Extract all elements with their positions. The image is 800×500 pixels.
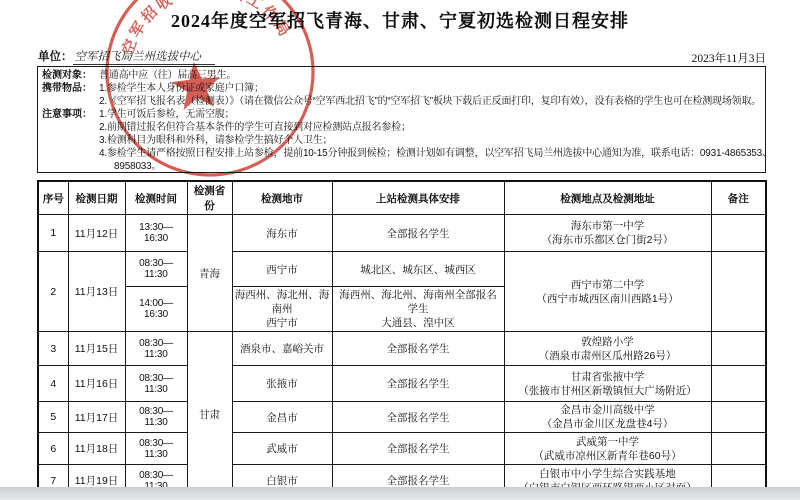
note-text: 2.《空军招飞报名表（检测表）》（请在微信公众号“空军西北招飞”的“空军招飞”板… bbox=[99, 95, 761, 108]
schedule-table: 序号 检测日期 检测时间 检测省份 检测地市 上站检测具体安排 检测地点及检测地… bbox=[37, 180, 767, 499]
location-cell: 敦煌路小学 （酒泉市肃州区瓜州路26号） bbox=[504, 332, 711, 366]
site-address: （海东市乐都区仓门街2号） bbox=[507, 233, 709, 247]
table-row: 1 11月12日 13:30—16:30 青海 海东市 全部报名学生 海东市第一… bbox=[38, 215, 766, 252]
remark-cell bbox=[711, 402, 766, 433]
column-header-seq: 序号 bbox=[38, 181, 68, 215]
table-row: 5 11月17日 08:30—11:30 金昌市 全部报名学生 金昌市金川高级中… bbox=[38, 402, 766, 433]
note-line: 8958033。 bbox=[42, 160, 765, 173]
note-label bbox=[42, 160, 99, 173]
note-line: 2.前期错过报名但符合基本条件的学生可直接到对应检测站点报名参检； bbox=[42, 121, 765, 134]
time-cell: 08:30—11:30 bbox=[125, 402, 187, 433]
note-label bbox=[42, 121, 99, 134]
city-cell: 西宁市 bbox=[232, 252, 332, 287]
remark-cell bbox=[711, 252, 766, 332]
remark-cell bbox=[711, 366, 766, 402]
table-row: 2 11月13日 08:30—11:30 西宁市 城北区、城东区、城西区 西宁市… bbox=[38, 252, 766, 287]
arrangement-cell: 全部报名学生 bbox=[332, 332, 504, 366]
note-label bbox=[42, 147, 99, 160]
table-row: 3 11月15日 08:30—11:30 甘肃 酒泉市、嘉峪关市 全部报名学生 … bbox=[38, 332, 766, 366]
seq-cell: 5 bbox=[38, 402, 68, 433]
note-line: 2.《空军招飞报名表（检测表）》（请在微信公众号“空军西北招飞”的“空军招飞”板… bbox=[42, 95, 765, 108]
note-text: 3.检测科目为眼科和外科，请参检学生搞好个人卫生； bbox=[99, 134, 332, 147]
unit-label: 单位： bbox=[38, 51, 73, 63]
date-cell: 11月13日 bbox=[68, 252, 125, 332]
site-name: 白银市中小学生综合实践基地 bbox=[507, 467, 709, 481]
table-row: 4 11月16日 08:30—11:30 张掖市 全部报名学生 甘肃省张掖中学 … bbox=[38, 366, 766, 402]
site-address: （酒泉市肃州区瓜州路26号） bbox=[507, 349, 709, 363]
city-cell: 武威市 bbox=[232, 433, 332, 465]
seq-cell: 2 bbox=[38, 252, 68, 332]
site-name: 武威第一中学 bbox=[507, 435, 709, 449]
site-address: （张掖市甘州区新墩镇恒大广场附近） bbox=[507, 384, 709, 398]
city-line: 海西州、海北州、海南州 bbox=[235, 288, 330, 316]
arrangement-line: 大通县、湟中区 bbox=[335, 316, 502, 330]
column-header-date: 检测日期 bbox=[68, 181, 125, 215]
arrangement-line: 海西州、海北州、海南州全部报名学生 bbox=[335, 288, 502, 316]
note-line: 3.检测科目为眼科和外科，请参检学生搞好个人卫生； bbox=[42, 134, 765, 147]
time-cell: 08:30—11:30 bbox=[125, 433, 187, 465]
seq-cell: 6 bbox=[38, 433, 68, 465]
note-label bbox=[42, 134, 99, 147]
column-header-arrangement: 上站检测具体安排 bbox=[332, 181, 504, 215]
document-page: 空军招收飞行学员工作局 2024年度空军招飞青海、甘肃、宁夏初选检测日程安排 单… bbox=[0, 0, 800, 500]
column-header-remark: 备注 bbox=[711, 181, 766, 215]
time-cell: 08:30—11:30 bbox=[125, 332, 187, 366]
city-cell: 酒泉市、嘉峪关市 bbox=[232, 332, 332, 366]
arrangement-cell: 全部报名学生 bbox=[332, 366, 504, 402]
note-line: 注意事项： 1.学生可饭后参检，无需空腹； bbox=[42, 108, 765, 121]
date-cell: 11月15日 bbox=[68, 332, 125, 366]
arrangement-cell: 海西州、海北州、海南州全部报名学生 大通县、湟中区 bbox=[332, 287, 504, 332]
document-date: 2023年11月3日 bbox=[692, 50, 766, 66]
note-label: 检测对象： bbox=[42, 69, 99, 82]
arrangement-cell: 全部报名学生 bbox=[332, 433, 504, 465]
arrangement-cell: 全部报名学生 bbox=[332, 215, 504, 252]
date-cell: 11月12日 bbox=[68, 215, 125, 252]
remark-cell bbox=[711, 215, 766, 252]
location-cell: 海东市第一中学 （海东市乐都区仓门街2号） bbox=[504, 215, 711, 252]
site-name: 海东市第一中学 bbox=[507, 219, 709, 233]
city-cell: 海西州、海北州、海南州 西宁市 bbox=[232, 287, 332, 332]
province-cell: 甘肃 bbox=[187, 332, 232, 498]
note-text: 普通高中应（往）届高三男生。 bbox=[99, 69, 236, 82]
time-cell: 08:30—11:30 bbox=[125, 252, 187, 287]
location-cell: 西宁市第二中学 （西宁市城西区南川西路1号） bbox=[504, 252, 711, 332]
date-cell: 11月16日 bbox=[68, 366, 125, 402]
column-header-city: 检测地市 bbox=[232, 181, 332, 215]
site-address: （金昌市金川区龙盘巷4号） bbox=[507, 417, 709, 431]
location-cell: 甘肃省张掖中学 （张掖市甘州区新墩镇恒大广场附近） bbox=[504, 366, 711, 402]
seq-cell: 3 bbox=[38, 332, 68, 366]
table-row: 6 11月18日 08:30—11:30 武威市 全部报名学生 武威第一中学 （… bbox=[38, 433, 766, 465]
note-text: 1.学生可饭后参检，无需空腹； bbox=[99, 108, 234, 121]
date-cell: 11月17日 bbox=[68, 402, 125, 433]
city-cell: 金昌市 bbox=[232, 402, 332, 433]
seq-cell: 1 bbox=[38, 215, 68, 252]
note-text: 2.前期错过报名但符合基本条件的学生可直接到对应检测站点报名参检； bbox=[99, 121, 411, 134]
unit-line: 单位：空军招飞局兰州选拔中心 bbox=[38, 48, 215, 64]
site-name: 西宁市第二中学 bbox=[507, 278, 709, 292]
site-address: （武威市凉州区新青年巷60号） bbox=[507, 449, 709, 463]
note-line: 4.参检学生请严格按照日程安排上站参检，提前10-15分钟报到候检；检测计划如有… bbox=[42, 147, 765, 160]
location-cell: 金昌市金川高级中学 （金昌市金川区龙盘巷4号） bbox=[504, 402, 711, 433]
note-label: 注意事项： bbox=[42, 108, 99, 121]
page-title: 2024年度空军招飞青海、甘肃、宁夏初选检测日程安排 bbox=[0, 7, 800, 33]
column-header-province: 检测省份 bbox=[187, 181, 232, 215]
city-cell: 张掖市 bbox=[232, 366, 332, 402]
seq-cell: 4 bbox=[38, 366, 68, 402]
note-label bbox=[42, 95, 99, 108]
note-text: 1.参检学生本人身份证或家庭户口簿； bbox=[99, 82, 264, 95]
arrangement-cell: 城北区、城东区、城西区 bbox=[332, 252, 504, 287]
unit-value: 空军招飞局兰州选拔中心 bbox=[73, 51, 216, 65]
time-cell: 14:00—16:30 bbox=[125, 287, 187, 332]
arrangement-cell: 全部报名学生 bbox=[332, 402, 504, 433]
city-cell: 海东市 bbox=[232, 215, 332, 252]
date-cell: 11月18日 bbox=[68, 433, 125, 465]
remark-cell bbox=[711, 332, 766, 366]
time-cell: 08:30—11:30 bbox=[125, 366, 187, 402]
site-name: 敦煌路小学 bbox=[507, 335, 709, 349]
time-cell: 13:30—16:30 bbox=[125, 215, 187, 252]
note-text: 8958033。 bbox=[99, 160, 161, 173]
note-text: 4.参检学生请严格按照日程安排上站参检，提前10-15分钟报到候检；检测计划如有… bbox=[99, 147, 766, 160]
column-header-location: 检测地点及检测地址 bbox=[504, 181, 711, 215]
table-header-row: 序号 检测日期 检测时间 检测省份 检测地市 上站检测具体安排 检测地点及检测地… bbox=[38, 181, 766, 215]
province-cell: 青海 bbox=[187, 215, 232, 332]
note-line: 携带物品： 1.参检学生本人身份证或家庭户口簿； bbox=[42, 82, 765, 95]
scan-page-edge bbox=[0, 487, 800, 500]
notes-section: 检测对象： 普通高中应（往）届高三男生。 携带物品： 1.参检学生本人身份证或家… bbox=[37, 66, 766, 173]
column-header-time: 检测时间 bbox=[125, 181, 187, 215]
remark-cell bbox=[711, 433, 766, 465]
site-address: （西宁市城西区南川西路1号） bbox=[507, 292, 709, 306]
note-label: 携带物品： bbox=[42, 82, 99, 95]
site-name: 金昌市金川高级中学 bbox=[507, 403, 709, 417]
note-line: 检测对象： 普通高中应（往）届高三男生。 bbox=[42, 69, 765, 82]
city-line: 西宁市 bbox=[235, 316, 330, 330]
location-cell: 武威第一中学 （武威市凉州区新青年巷60号） bbox=[504, 433, 711, 465]
site-name: 甘肃省张掖中学 bbox=[507, 370, 709, 384]
